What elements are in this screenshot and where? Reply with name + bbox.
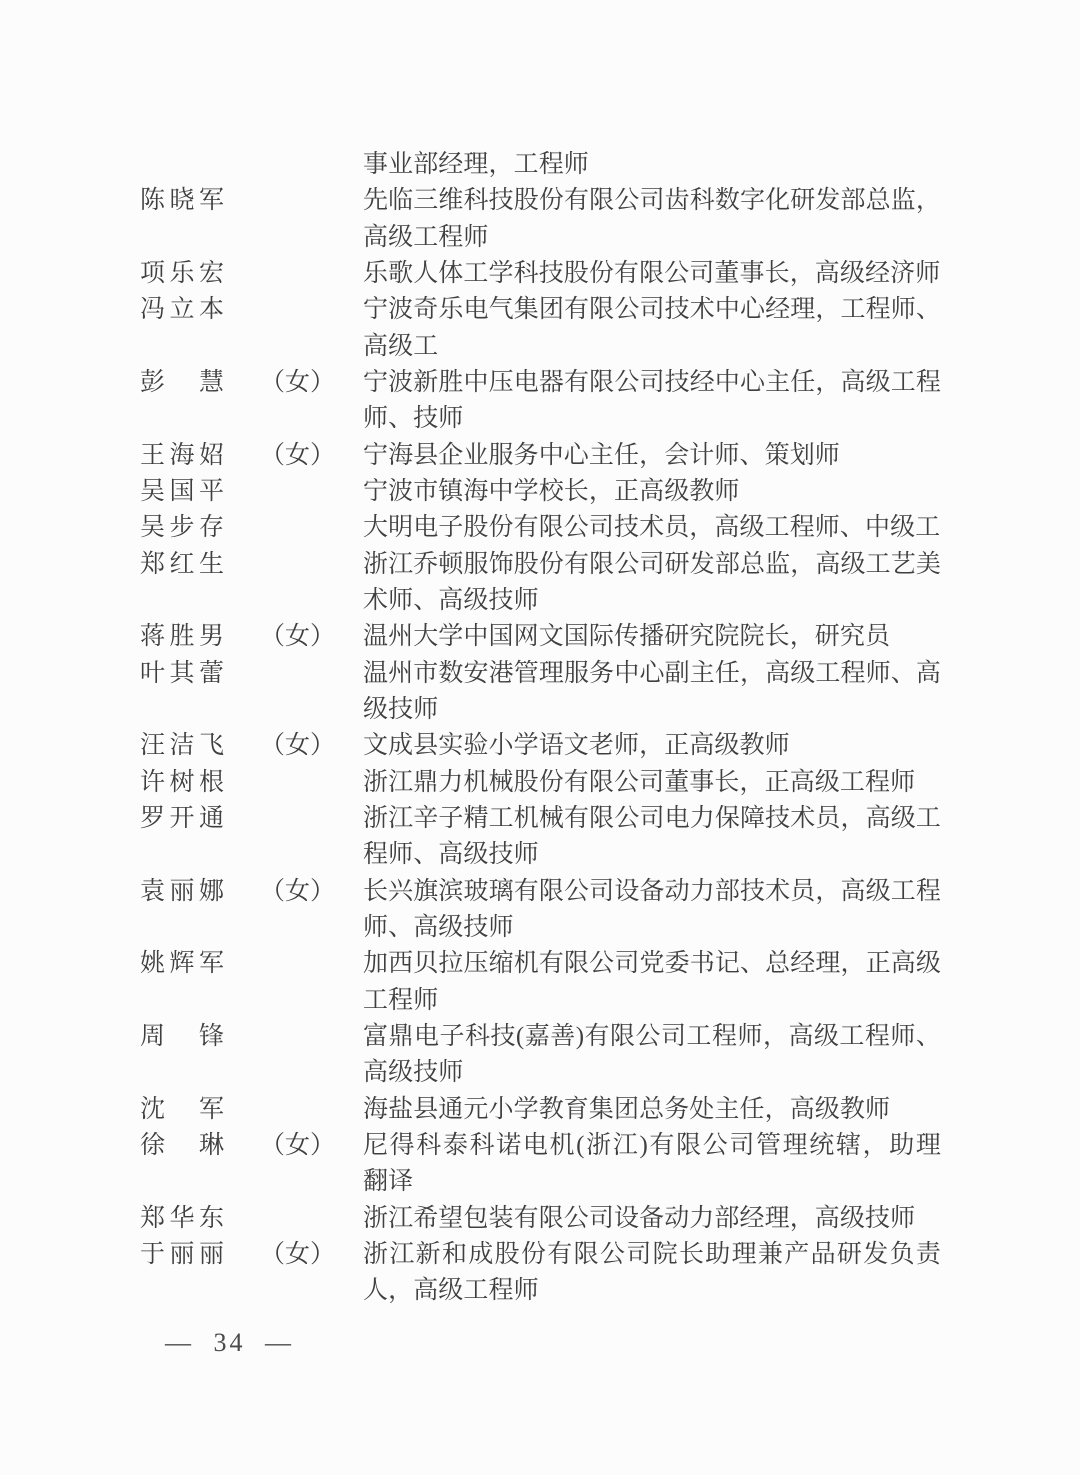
entry-description: 大明电子股份有限公司技术员，高级工程师、中级工 (363, 510, 941, 546)
person-name: 于丽丽 (140, 1237, 224, 1273)
document-page: 事业部经理，工程师 陈晓军 先临三维科技股份有限公司齿科数字化研发部总监，高级工… (0, 0, 1080, 1475)
person-name: 罗开通 (140, 801, 224, 837)
entry-description: 温州大学中国网文国际传播研究院院长，研究员 (363, 619, 941, 655)
entry-description: 事业部经理，工程师 (363, 147, 941, 183)
entry-description: 温州市数安港管理服务中心副主任，高级工程师、高级技师 (363, 656, 941, 729)
gender-label: （女） (224, 1128, 363, 1164)
roster-entry: 王海妱 （女） 宁海县企业服务中心主任，会计师、策划师 (140, 438, 941, 474)
entry-description: 浙江新和成股份有限公司院长助理兼产品研发负责人，高级工程师 (363, 1237, 941, 1310)
description-line: 浙江辛子精工机械有限公司电力保障技术员，高级工 (363, 801, 941, 837)
description-line: 加西贝拉压缩机有限公司党委书记、总经理，正高级 (363, 946, 941, 982)
description-line: 术师、高级技师 (363, 583, 941, 619)
description-line: 级技师 (363, 692, 941, 728)
person-name: 许树根 (140, 765, 224, 801)
description-line: 事业部经理，工程师 (363, 147, 941, 183)
description-line: 翻译 (363, 1164, 941, 1200)
person-name: 沈军 (140, 1092, 224, 1128)
gender-label: （女） (224, 365, 363, 401)
description-line: 宁波新胜中压电器有限公司技经中心主任，高级工程 (363, 365, 941, 401)
description-line: 人，高级工程师 (363, 1273, 941, 1309)
description-line: 富鼎电子科技(嘉善)有限公司工程师，高级工程师、 (363, 1019, 941, 1055)
roster-entry: 彭慧 （女） 宁波新胜中压电器有限公司技经中心主任，高级工程师、技师 (140, 365, 941, 438)
description-line: 高级工 (363, 329, 941, 365)
entry-description: 宁波新胜中压电器有限公司技经中心主任，高级工程师、技师 (363, 365, 941, 438)
person-name: 姚辉军 (140, 946, 224, 982)
person-name: 郑红生 (140, 547, 224, 583)
entry-description: 尼得科泰科诺电机(浙江)有限公司管理统辖，助理翻译 (363, 1128, 941, 1201)
roster-list: 事业部经理，工程师 陈晓军 先临三维科技股份有限公司齿科数字化研发部总监，高级工… (140, 147, 941, 1310)
roster-entry: 事业部经理，工程师 (140, 147, 941, 183)
entry-description: 宁波市镇海中学校长，正高级教师 (363, 474, 941, 510)
description-line: 温州市数安港管理服务中心副主任，高级工程师、高 (363, 656, 941, 692)
person-name: 叶其蕾 (140, 656, 224, 692)
description-line: 温州大学中国网文国际传播研究院院长，研究员 (363, 619, 941, 655)
entry-description: 文成县实验小学语文老师，正高级教师 (363, 728, 941, 764)
roster-entry: 叶其蕾 温州市数安港管理服务中心副主任，高级工程师、高级技师 (140, 656, 941, 729)
roster-entry: 汪洁飞 （女） 文成县实验小学语文老师，正高级教师 (140, 728, 941, 764)
entry-description: 先临三维科技股份有限公司齿科数字化研发部总监，高级工程师 (363, 183, 941, 256)
person-name: 吴步存 (140, 510, 224, 546)
roster-entry: 袁丽娜 （女） 长兴旗滨玻璃有限公司设备动力部技术员，高级工程师、高级技师 (140, 874, 941, 947)
description-line: 工程师 (363, 983, 941, 1019)
description-line: 宁波奇乐电气集团有限公司技术中心经理，工程师、 (363, 292, 941, 328)
roster-entry: 吴步存 大明电子股份有限公司技术员，高级工程师、中级工 (140, 510, 941, 546)
entry-description: 浙江鼎力机械股份有限公司董事长，正高级工程师 (363, 765, 941, 801)
page-number: — 34 — (165, 1325, 294, 1361)
person-name: 郑华东 (140, 1201, 224, 1237)
person-name: 项乐宏 (140, 256, 224, 292)
person-name: 吴国平 (140, 474, 224, 510)
roster-entry: 冯立本 宁波奇乐电气集团有限公司技术中心经理，工程师、高级工 (140, 292, 941, 365)
description-line: 先临三维科技股份有限公司齿科数字化研发部总监， (363, 183, 941, 219)
description-line: 宁波市镇海中学校长，正高级教师 (363, 474, 941, 510)
roster-entry: 罗开通 浙江辛子精工机械有限公司电力保障技术员，高级工程师、高级技师 (140, 801, 941, 874)
gender-label: （女） (224, 728, 363, 764)
description-line: 尼得科泰科诺电机(浙江)有限公司管理统辖，助理 (363, 1128, 941, 1164)
description-line: 宁海县企业服务中心主任，会计师、策划师 (363, 438, 941, 474)
description-line: 浙江鼎力机械股份有限公司董事长，正高级工程师 (363, 765, 941, 801)
description-line: 高级技师 (363, 1055, 941, 1091)
roster-entry: 吴国平 宁波市镇海中学校长，正高级教师 (140, 474, 941, 510)
roster-entry: 徐琳 （女） 尼得科泰科诺电机(浙江)有限公司管理统辖，助理翻译 (140, 1128, 941, 1201)
entry-description: 浙江乔顿服饰股份有限公司研发部总监，高级工艺美术师、高级技师 (363, 547, 941, 620)
entry-description: 加西贝拉压缩机有限公司党委书记、总经理，正高级工程师 (363, 946, 941, 1019)
description-line: 浙江乔顿服饰股份有限公司研发部总监，高级工艺美 (363, 547, 941, 583)
entry-description: 浙江希望包装有限公司设备动力部经理，高级技师 (363, 1201, 941, 1237)
roster-entry: 于丽丽 （女） 浙江新和成股份有限公司院长助理兼产品研发负责人，高级工程师 (140, 1237, 941, 1310)
person-name: 袁丽娜 (140, 874, 224, 910)
roster-entry: 陈晓军 先临三维科技股份有限公司齿科数字化研发部总监，高级工程师 (140, 183, 941, 256)
roster-entry: 沈军 海盐县通元小学教育集团总务处主任，高级教师 (140, 1092, 941, 1128)
description-line: 高级工程师 (363, 220, 941, 256)
description-line: 大明电子股份有限公司技术员，高级工程师、中级工 (363, 510, 941, 546)
person-name: 蒋胜男 (140, 619, 224, 655)
roster-entry: 项乐宏 乐歌人体工学科技股份有限公司董事长，高级经济师 (140, 256, 941, 292)
entry-description: 宁海县企业服务中心主任，会计师、策划师 (363, 438, 941, 474)
roster-entry: 许树根 浙江鼎力机械股份有限公司董事长，正高级工程师 (140, 765, 941, 801)
roster-entry: 蒋胜男 （女） 温州大学中国网文国际传播研究院院长，研究员 (140, 619, 941, 655)
entry-description: 宁波奇乐电气集团有限公司技术中心经理，工程师、高级工 (363, 292, 941, 365)
person-name: 王海妱 (140, 438, 224, 474)
roster-entry: 郑红生 浙江乔顿服饰股份有限公司研发部总监，高级工艺美术师、高级技师 (140, 547, 941, 620)
person-name: 彭慧 (140, 365, 224, 401)
roster-entry: 郑华东 浙江希望包装有限公司设备动力部经理，高级技师 (140, 1201, 941, 1237)
description-line: 海盐县通元小学教育集团总务处主任，高级教师 (363, 1092, 941, 1128)
entry-description: 海盐县通元小学教育集团总务处主任，高级教师 (363, 1092, 941, 1128)
description-line: 乐歌人体工学科技股份有限公司董事长，高级经济师 (363, 256, 941, 292)
person-name: 周锋 (140, 1019, 224, 1055)
gender-label: （女） (224, 1237, 363, 1273)
description-line: 程师、高级技师 (363, 837, 941, 873)
entry-description: 富鼎电子科技(嘉善)有限公司工程师，高级工程师、高级技师 (363, 1019, 941, 1092)
roster-entry: 姚辉军 加西贝拉压缩机有限公司党委书记、总经理，正高级工程师 (140, 946, 941, 1019)
description-line: 浙江新和成股份有限公司院长助理兼产品研发负责 (363, 1237, 941, 1273)
description-line: 文成县实验小学语文老师，正高级教师 (363, 728, 941, 764)
description-line: 浙江希望包装有限公司设备动力部经理，高级技师 (363, 1201, 941, 1237)
gender-label: （女） (224, 619, 363, 655)
entry-description: 长兴旗滨玻璃有限公司设备动力部技术员，高级工程师、高级技师 (363, 874, 941, 947)
gender-label: （女） (224, 438, 363, 474)
person-name: 徐琳 (140, 1128, 224, 1164)
description-line: 师、技师 (363, 401, 941, 437)
description-line: 师、高级技师 (363, 910, 941, 946)
entry-description: 浙江辛子精工机械有限公司电力保障技术员，高级工程师、高级技师 (363, 801, 941, 874)
gender-label: （女） (224, 874, 363, 910)
description-line: 长兴旗滨玻璃有限公司设备动力部技术员，高级工程 (363, 874, 941, 910)
person-name: 汪洁飞 (140, 728, 224, 764)
roster-entry: 周锋 富鼎电子科技(嘉善)有限公司工程师，高级工程师、高级技师 (140, 1019, 941, 1092)
entry-description: 乐歌人体工学科技股份有限公司董事长，高级经济师 (363, 256, 941, 292)
person-name: 冯立本 (140, 292, 224, 328)
person-name: 陈晓军 (140, 183, 224, 219)
